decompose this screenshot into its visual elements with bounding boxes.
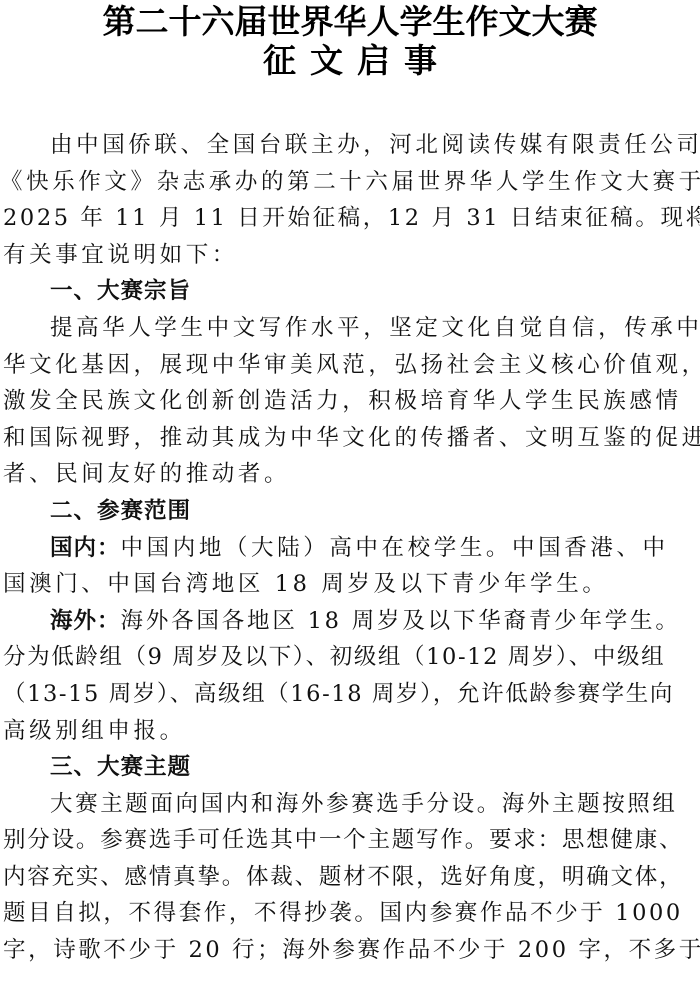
text-line: 有关事宜说明如下： <box>3 237 667 274</box>
text-line: 大赛主题面向国内和海外参赛选手分设。海外主题按照组 <box>3 786 667 823</box>
text-line: 提高华人学生中文写作水平，坚定文化自觉自信，传承中 <box>3 310 667 347</box>
document-body: 由中国侨联、全国台联主办，河北阅读传媒有限责任公司 《快乐作文》杂志承办的第二十… <box>3 127 667 969</box>
intro-paragraph: 由中国侨联、全国台联主办，河北阅读传媒有限责任公司 《快乐作文》杂志承办的第二十… <box>3 127 667 273</box>
domestic-text: 中国内地（大陆）高中在校学生。中国香港、中 <box>121 535 669 561</box>
text-line: 《快乐作文》杂志承办的第二十六届世界华人学生作文大赛于 <box>0 164 667 201</box>
text-line: 激发全民族文化创新创造活力，积极培育华人学生民族感情 <box>3 383 667 420</box>
section-heading: 三、大赛主题 <box>3 749 667 786</box>
overseas-line: 海外：海外各国各地区 18 周岁及以下华裔青少年学生。 <box>3 603 667 640</box>
section-heading: 一、大赛宗旨 <box>3 273 667 310</box>
section-scope: 二、参赛范围 国内：中国内地（大陆）高中在校学生。中国香港、中 国澳门、中国台湾… <box>3 493 667 749</box>
section-heading: 二、参赛范围 <box>3 493 667 530</box>
overseas-label: 海外： <box>50 608 121 634</box>
text-line: （13-15 周岁）、高级组（16-18 周岁），允许低龄参赛学生向 <box>3 676 667 713</box>
section-purpose: 一、大赛宗旨 提高华人学生中文写作水平，坚定文化自觉自信，传承中 华文化基因，展… <box>3 273 667 493</box>
text-line: 字，诗歌不少于 20 行；海外参赛作品不少于 200 字，不多于 <box>3 932 667 969</box>
text-line: 华文化基因，展现中华审美风范，弘扬社会主义核心价值观， <box>3 347 667 384</box>
text-line: 别分设。参赛选手可任选其中一个主题写作。要求：思想健康、 <box>3 822 667 859</box>
section-theme: 三、大赛主题 大赛主题面向国内和海外参赛选手分设。海外主题按照组 别分设。参赛选… <box>3 749 667 969</box>
title-line-2: 征文启事 <box>0 41 700 81</box>
title-line-1: 第二十六届世界华人学生作文大赛 <box>0 2 700 42</box>
text-line: 2025 年 11 月 11 日开始征稿，12 月 31 日结束征稿。现将大赛 <box>3 200 667 237</box>
text-line: 内容充实、感情真挚。体裁、题材不限，选好角度，明确文体， <box>3 859 667 896</box>
text-line: 高级别组申报。 <box>3 713 667 750</box>
text-line: 分为低龄组（9 周岁及以下）、初级组（10-12 周岁）、中级组 <box>3 639 667 676</box>
text-line: 题目自拟，不得套作，不得抄袭。国内参赛作品不少于 1000 <box>3 895 667 932</box>
domestic-label: 国内： <box>50 535 121 561</box>
overseas-text: 海外各国各地区 18 周岁及以下华裔青少年学生。 <box>121 608 681 634</box>
domestic-line: 国内：中国内地（大陆）高中在校学生。中国香港、中 <box>3 530 667 567</box>
text-line: 国澳门、中国台湾地区 18 周岁及以下青少年学生。 <box>3 566 667 603</box>
text-line: 由中国侨联、全国台联主办，河北阅读传媒有限责任公司 <box>3 127 667 164</box>
text-line: 者、民间友好的推动者。 <box>3 456 667 493</box>
text-line: 和国际视野，推动其成为中华文化的传播者、文明互鉴的促进 <box>3 420 667 457</box>
